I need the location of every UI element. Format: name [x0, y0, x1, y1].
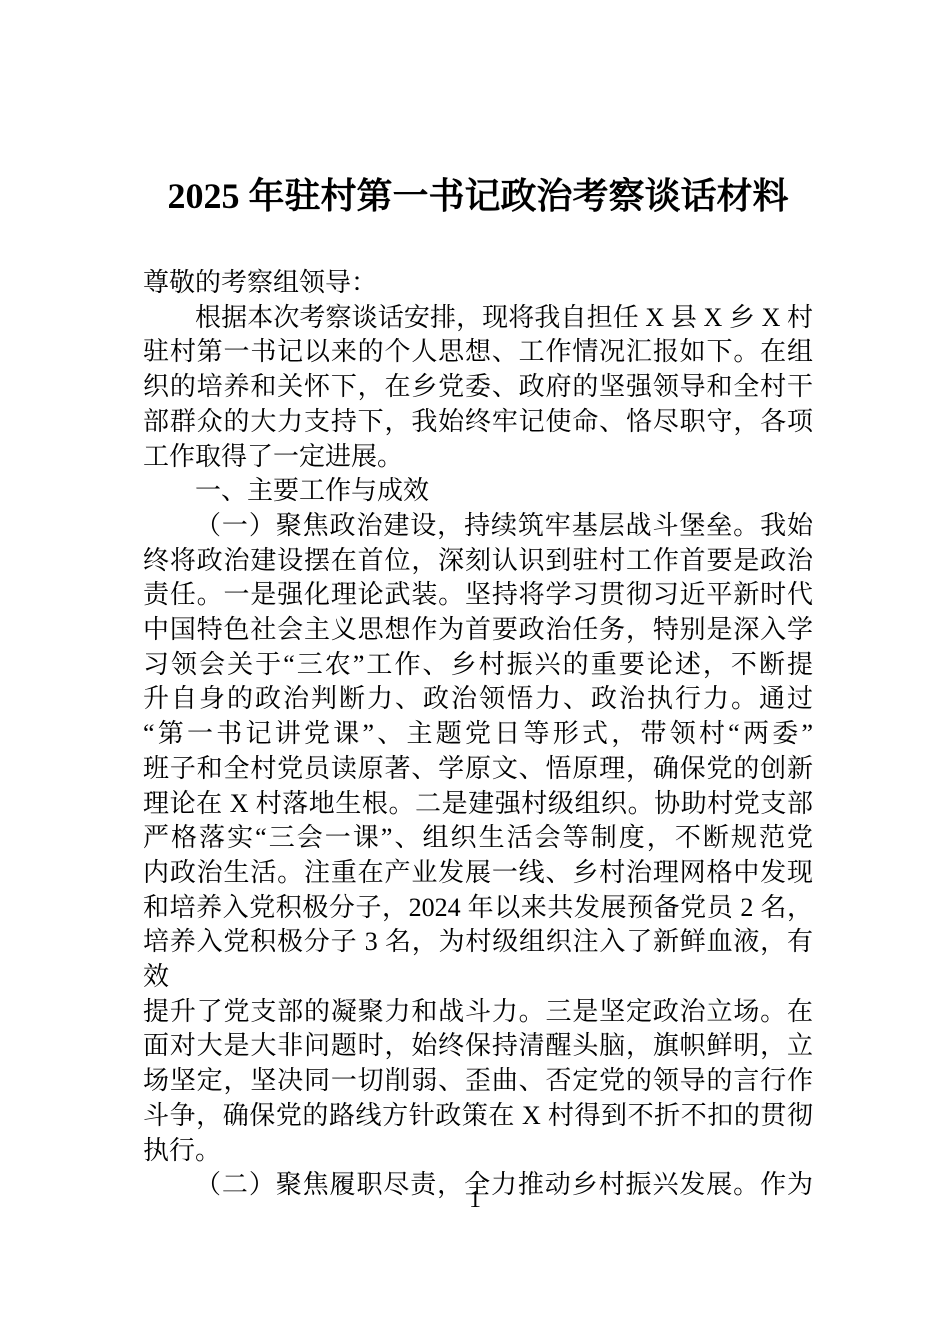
text-line: 责任。一是强化理论武装。坚持将学习贯彻习近平新时代	[143, 578, 813, 613]
text-line: 工作取得了一定进展。	[143, 440, 813, 475]
text-line: 驻村第一书记以来的个人思想、工作情况汇报如下。在组	[143, 335, 813, 370]
text-line: 习领会关于“三农”工作、乡村振兴的重要论述，不断提	[143, 648, 813, 683]
text-line: 终将政治建设摆在首位，深刻认识到驻村工作首要是政治	[143, 544, 813, 579]
text-line: 班子和全村党员读原著、学原文、悟原理，确保党的创新	[143, 752, 813, 787]
page-number: 1	[0, 1186, 950, 1214]
text-line: 培养入党积极分子 3 名，为村级组织注入了新鲜血液，有效	[143, 925, 813, 994]
text-line: 理论在 X 村落地生根。二是建强村级组织。协助村党支部	[143, 787, 813, 822]
text-line: 根据本次考察谈话安排，现将我自担任 X 县 X 乡 X 村	[143, 301, 813, 336]
text-line: 部群众的大力支持下，我始终牢记使命、恪尽职守，各项	[143, 405, 813, 440]
text-line: 升自身的政治判断力、政治领悟力、政治执行力。通过	[143, 682, 813, 717]
text-line: 织的培养和关怀下，在乡党委、政府的坚强领导和全村干	[143, 370, 813, 405]
text-line: 面对大是大非问题时，始终保持清醒头脑，旗帜鲜明，立	[143, 1029, 813, 1064]
document-page: 2025 年驻村第一书记政治考察谈话材料 尊敬的考察组领导：根据本次考察谈话安排…	[0, 0, 950, 1344]
text-line: 斗争，确保党的路线方针政策在 X 村得到不折不扣的贯彻	[143, 1099, 813, 1134]
text-line: 提升了党支部的凝聚力和战斗力。三是坚定政治立场。在	[143, 995, 813, 1030]
text-line: “第一书记讲党课”、主题党日等形式，带领村“两委”	[143, 717, 813, 752]
text-line: 中国特色社会主义思想作为首要政治任务，特别是深入学	[143, 613, 813, 648]
heading-line: 一、主要工作与成效	[143, 474, 813, 509]
text-line: （一）聚焦政治建设，持续筑牢基层战斗堡垒。我始	[143, 509, 813, 544]
salutation-line: 尊敬的考察组领导：	[143, 266, 813, 301]
document-title: 2025 年驻村第一书记政治考察谈话材料	[143, 174, 813, 218]
text-line: 内政治生活。注重在产业发展一线、乡村治理网格中发现	[143, 856, 813, 891]
document-body: 尊敬的考察组领导：根据本次考察谈话安排，现将我自担任 X 县 X 乡 X 村驻村…	[143, 266, 813, 1203]
text-line: 严格落实“三会一课”、组织生活会等制度，不断规范党	[143, 821, 813, 856]
text-line: 场坚定，坚决同一切削弱、歪曲、否定党的领导的言行作	[143, 1064, 813, 1099]
text-line: 和培养入党积极分子，2024 年以来共发展预备党员 2 名，	[143, 891, 813, 926]
text-line: 执行。	[143, 1134, 813, 1169]
